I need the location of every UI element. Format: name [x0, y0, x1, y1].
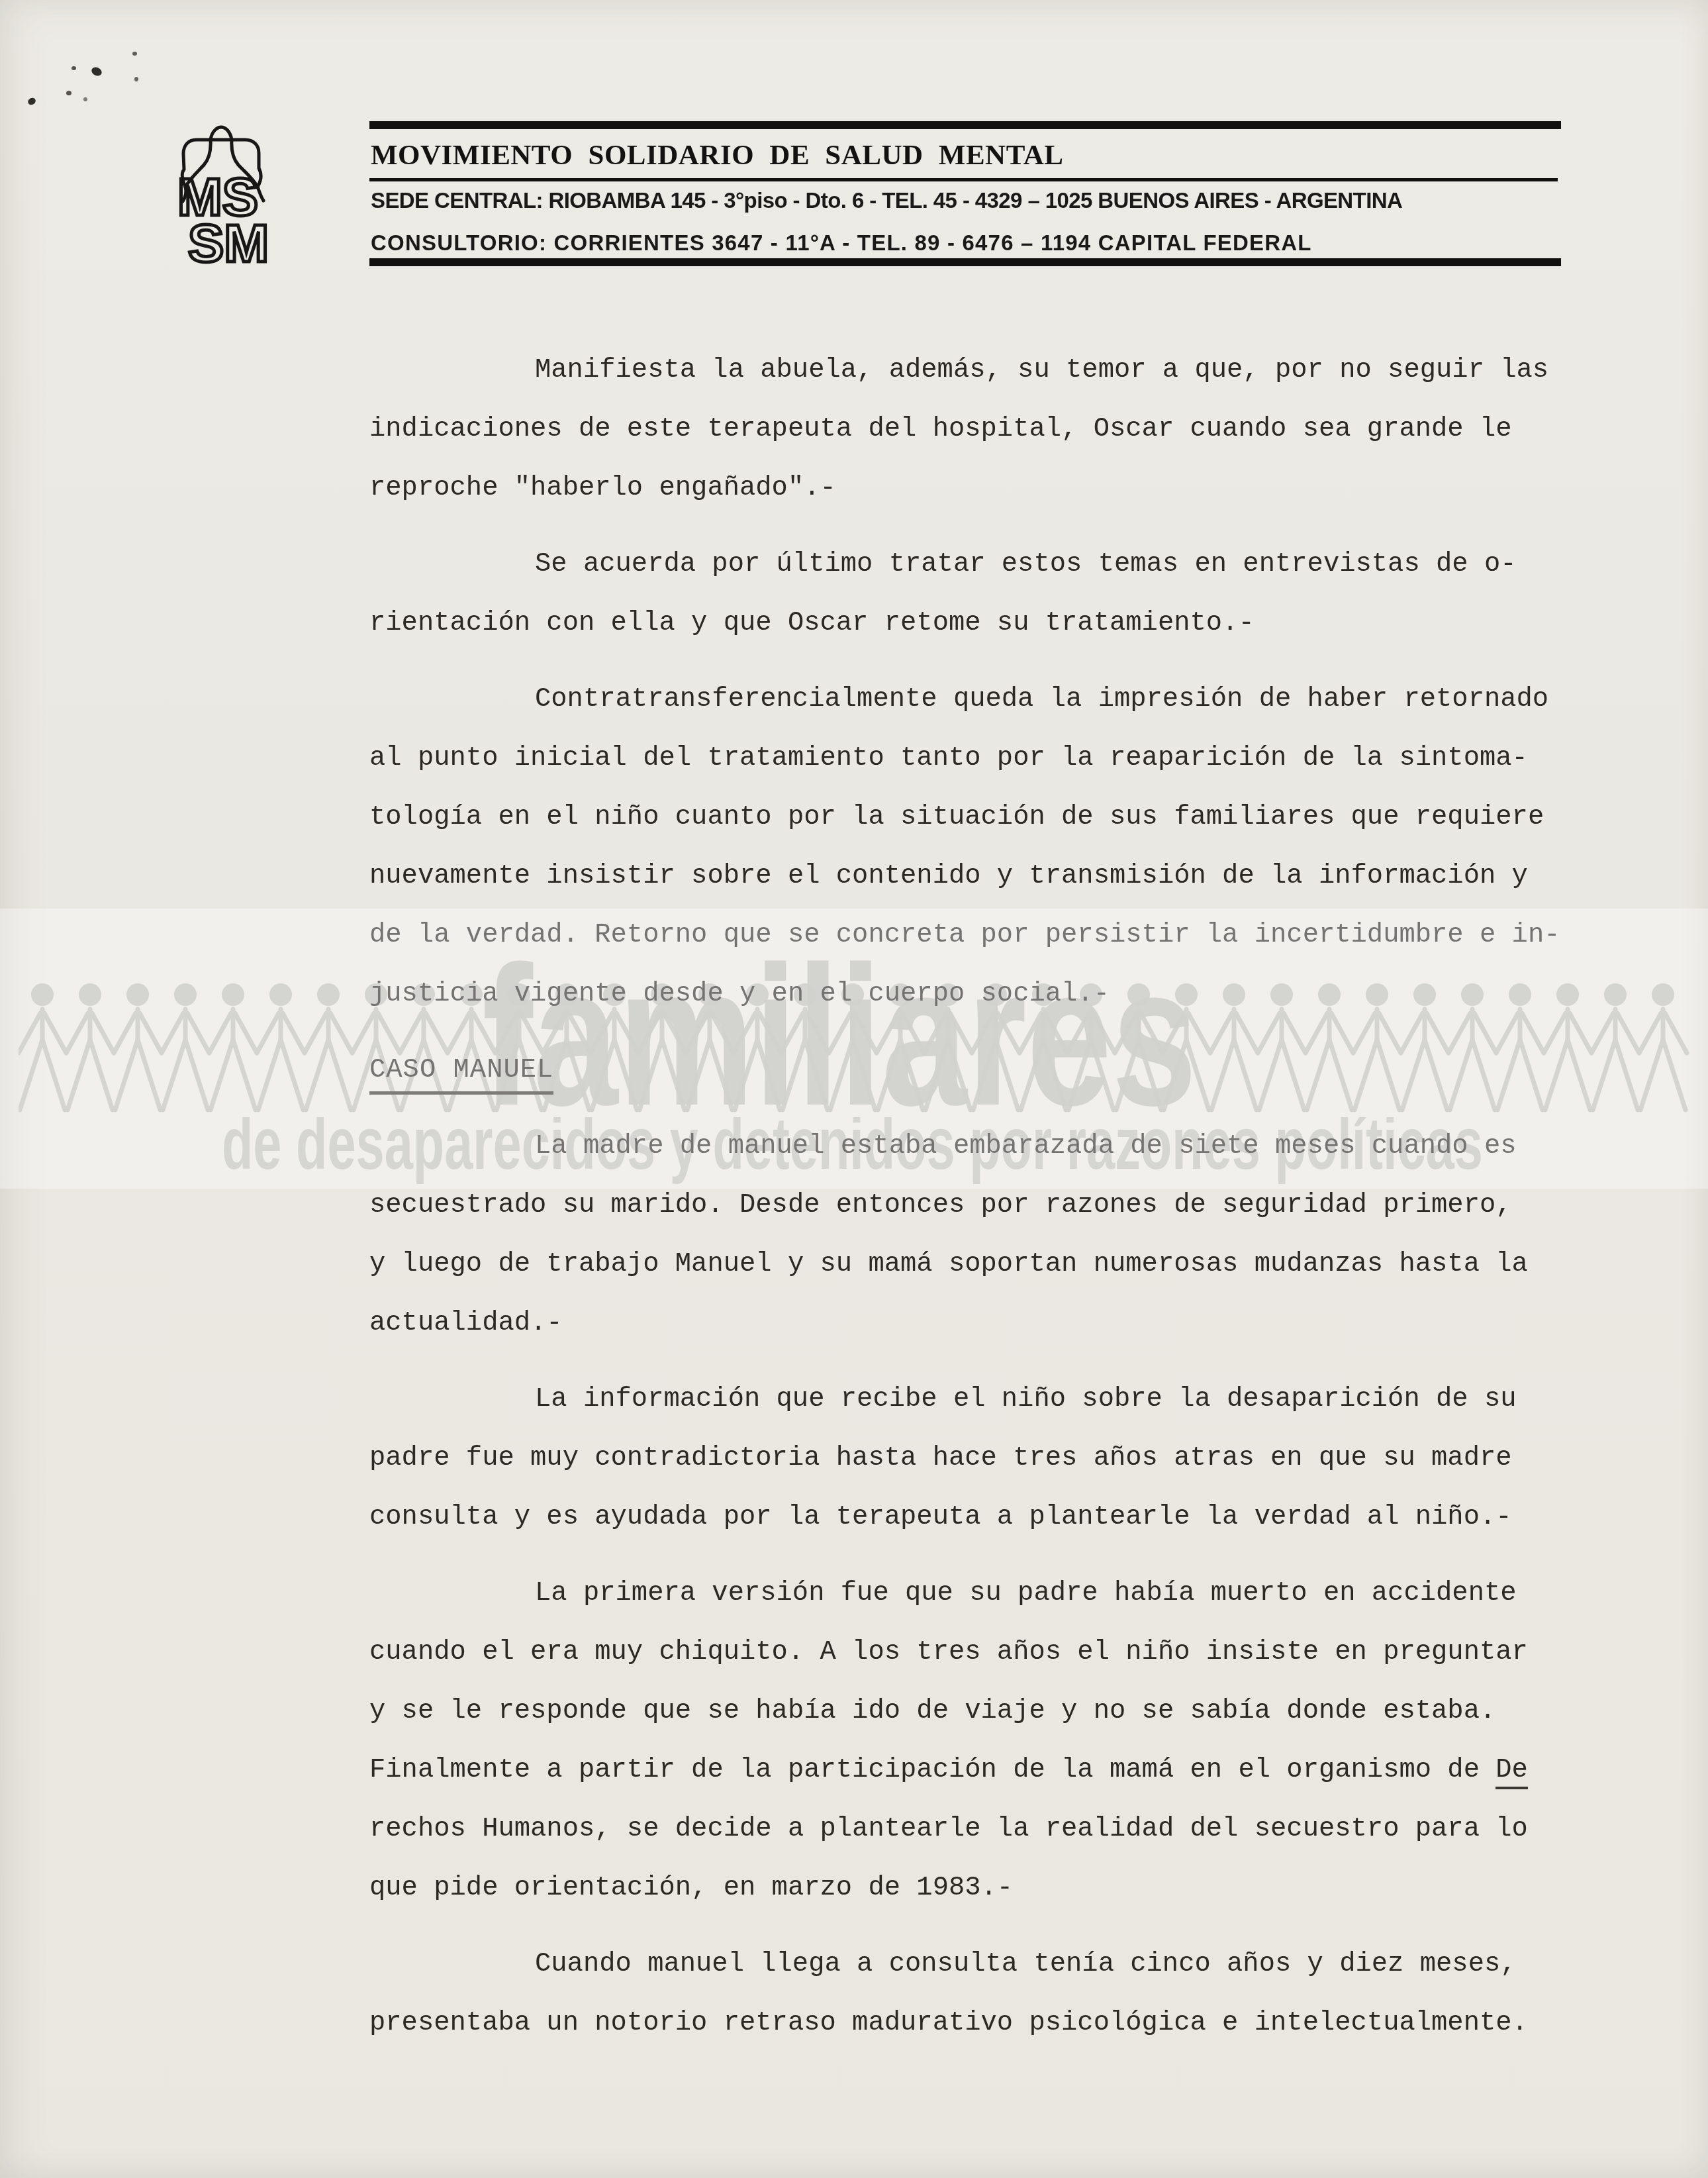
text-line: Cuando manuel llega a consulta tenía cin… [369, 1935, 1559, 1994]
text-line: presentaba un notorio retraso madurativo… [369, 1994, 1559, 2053]
text-line: cuando el era muy chiquito. A los tres a… [369, 1623, 1559, 1682]
rule-under-title [369, 178, 1558, 181]
rule-top [369, 121, 1561, 129]
text-line: nuevamente insistir sobre el contenido y… [369, 847, 1559, 906]
document-page: familiares de desaparecidos y detenidos … [0, 0, 1708, 2178]
text-line: secuestrado su marido. Desde entonces po… [369, 1176, 1559, 1235]
text-line: consulta y es ayudada por la terapeuta a… [369, 1488, 1559, 1547]
text-line: rechos Humanos, se decide a plantearle l… [369, 1800, 1559, 1859]
scan-speck [134, 77, 138, 81]
text-line: y se le responde que se había ido de via… [369, 1682, 1559, 1741]
sede-central-line: SEDE CENTRAL: RIOBAMBA 145 - 3°piso - Dt… [371, 188, 1402, 213]
text-line: La información que recibe el niño sobre … [369, 1370, 1559, 1429]
scan-speck [83, 97, 87, 101]
text-line: reproche "haberlo engañado".- [369, 459, 1559, 518]
scan-speck [66, 91, 71, 95]
text-line: al punto inicial del tratamiento tanto p… [369, 729, 1559, 788]
typewritten-body: Manifiesta la abuela, además, su temor a… [369, 341, 1559, 2070]
mssm-logo: MS SM [167, 113, 274, 270]
text-line: Contratransferencialmente queda la impre… [369, 670, 1559, 729]
text-line: La madre de manuel estaba embarazada de … [369, 1117, 1559, 1176]
text-line: Manifiesta la abuela, además, su temor a… [369, 341, 1559, 400]
letterhead-block: MOVIMIENTO SOLIDARIO DE SALUD MENTAL SED… [369, 121, 1561, 273]
scan-speck [71, 66, 76, 70]
text-line: indicaciones de este terapeuta del hospi… [369, 400, 1559, 459]
text-line: La primera versión fue que su padre habí… [369, 1564, 1559, 1623]
section-heading: CASO MANUEL [369, 1041, 1559, 1100]
svg-text:SM: SM [188, 214, 269, 270]
text-line: actualidad.- [369, 1294, 1559, 1353]
text-line: Se acuerda por último tratar estos temas… [369, 535, 1559, 594]
text-line: que pide orientación, en marzo de 1983.- [369, 1859, 1559, 1918]
text-line: y luego de trabajo Manuel y su mamá sopo… [369, 1235, 1559, 1294]
text-line: padre fue muy contradictoria hasta hace … [369, 1429, 1559, 1488]
rule-bottom [369, 258, 1561, 266]
scan-speck [90, 66, 103, 77]
text-line: rientación con ella y que Oscar retome s… [369, 594, 1559, 653]
consultorio-line: CONSULTORIO: CORRIENTES 3647 - 11°A - TE… [371, 230, 1312, 256]
text-line: tología en el niño cuanto por la situaci… [369, 788, 1559, 847]
text-line: de la verdad. Retorno que se concreta po… [369, 906, 1559, 965]
scan-speck [26, 97, 36, 107]
scan-speck [132, 52, 137, 56]
text-line: justicia vigente desde y en el cuerpo so… [369, 965, 1559, 1024]
org-title: MOVIMIENTO SOLIDARIO DE SALUD MENTAL [371, 139, 1063, 172]
text-line: Finalmente a partir de la participación … [369, 1741, 1559, 1800]
